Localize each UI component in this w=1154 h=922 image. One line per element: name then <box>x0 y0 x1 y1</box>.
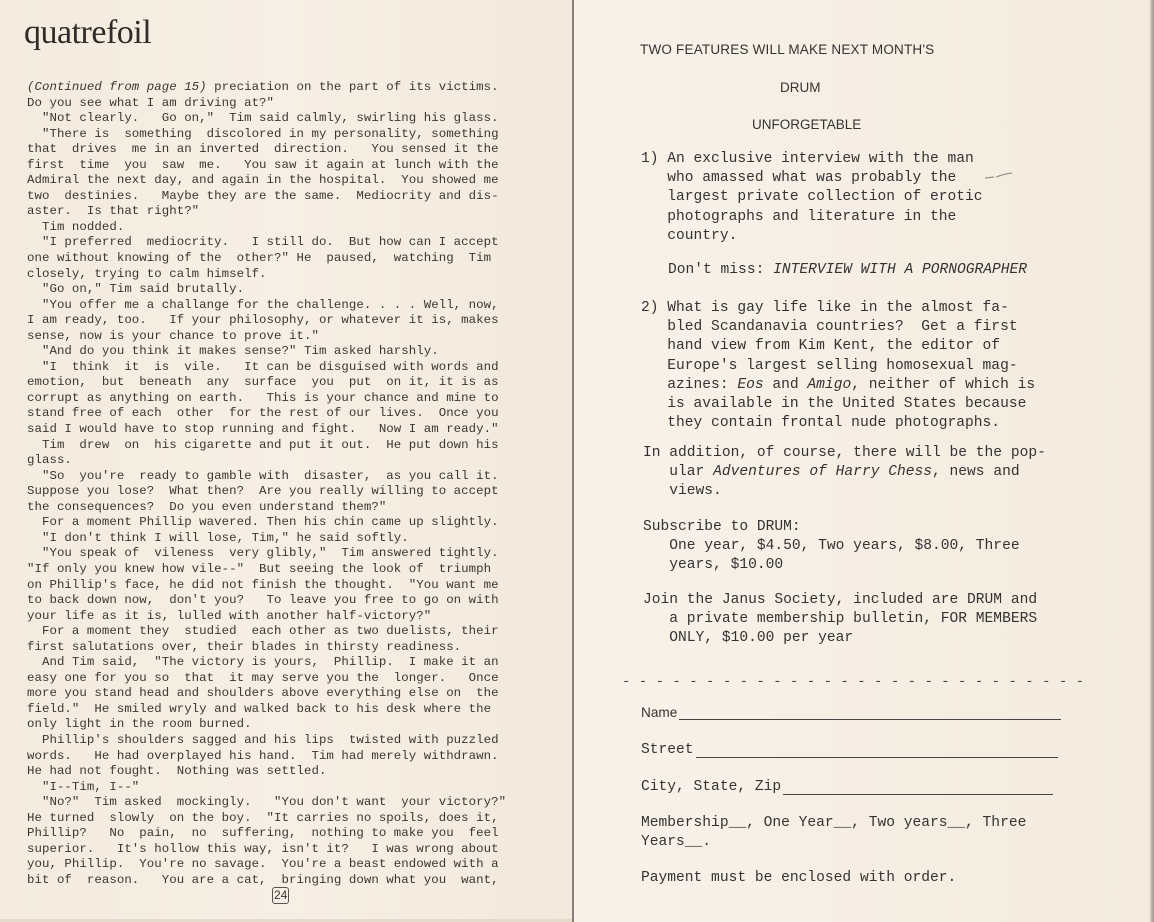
story-line: easy one for you so that it may serve yo… <box>27 671 521 687</box>
ad-magazine-title: DRUM <box>780 80 821 95</box>
story-line: only light in the room burned. <box>27 717 521 733</box>
feature-2-line: 2) What is gay life like in the almost f… <box>641 299 1035 318</box>
join-line: a private membership bulletin, FOR MEMBE… <box>643 610 1037 629</box>
feature-2-line: is available in the United States becaus… <box>641 395 1035 414</box>
story-line: two destinies. Maybe they are the same. … <box>27 189 521 205</box>
story-line: "There is something discolored in my per… <box>27 127 521 143</box>
magazine-eos: Eos <box>737 377 763 393</box>
story-line: For a moment they studied each other as … <box>27 624 521 640</box>
join-line: ONLY, $10.00 per year <box>643 629 1037 648</box>
membership-options-line-2[interactable]: Years__. <box>641 833 1026 852</box>
story-line: He turned slowly on the boy. "It carries… <box>27 811 521 827</box>
story-line: Admiral the next day, and again in the h… <box>27 173 521 189</box>
story-line: glass. <box>27 453 521 469</box>
name-label: Name <box>641 705 677 720</box>
story-line: He had not fought. Nothing was settled. <box>27 764 521 780</box>
story-line: said I would have to stop running and fi… <box>27 422 521 438</box>
feature-2-line: hand view from Kim Kent, the editor of <box>641 337 1035 356</box>
subscribe-paragraph: Subscribe to DRUM: One year, $4.50, Two … <box>643 518 1020 576</box>
magazine-spread: quatrefoil (Continued from page 15) prec… <box>0 0 1154 922</box>
membership-options[interactable]: Membership__, One Year__, Two years__, T… <box>641 814 1026 852</box>
feature-2-line: bled Scandanavia countries? Get a first <box>641 318 1035 337</box>
story-line: "And do you think it makes sense?" Tim a… <box>27 344 521 360</box>
join-paragraph: Join the Janus Society, included are DRU… <box>643 591 1037 649</box>
story-line: sense, now is your chance to prove it." <box>27 329 521 345</box>
story-line: on Phillip's face, he did not finish the… <box>27 578 521 594</box>
feature-1-line: country. <box>641 227 983 246</box>
subscribe-heading: Subscribe to DRUM: <box>643 518 1020 537</box>
story-line: Phillip? No pain, no suffering, nothing … <box>27 826 521 842</box>
street-field[interactable]: Street <box>641 742 1058 758</box>
join-line: Join the Janus Society, included are DRU… <box>643 591 1037 610</box>
story-line: to back down now, don't you? To leave yo… <box>27 593 521 609</box>
story-line: first time you saw me. You saw it again … <box>27 158 521 174</box>
city-state-zip-field[interactable]: City, State, Zip <box>641 779 1053 795</box>
story-line: your life as it is, lulled with another … <box>27 609 521 625</box>
story-line: "I don't think I will lose, Tim," he sai… <box>27 531 521 547</box>
story-line: first salutations over, their blades in … <box>27 640 521 656</box>
masthead: quatrefoil <box>24 14 151 52</box>
feature-2: 2) What is gay life like in the almost f… <box>641 299 1035 433</box>
story-line: words. He had overplayed his hand. Tim h… <box>27 749 521 765</box>
story-line: that drives me in an inverted direction.… <box>27 142 521 158</box>
left-page: quatrefoil (Continued from page 15) prec… <box>0 0 572 922</box>
story-line: "Go on," Tim said brutally. <box>27 282 521 298</box>
story-line: one without knowing of the other?" He pa… <box>27 251 521 267</box>
feature-1: 1) An exclusive interview with the man w… <box>641 150 983 246</box>
feature-1-line: largest private collection of erotic <box>641 188 983 207</box>
story-line: Do you see what I am driving at?" <box>27 96 521 112</box>
story-line: field." He smiled wryly and walked back … <box>27 702 521 718</box>
city-state-zip-input-line[interactable] <box>783 780 1053 795</box>
page-number: 24 <box>272 887 289 904</box>
story-line: stand free of each other for the rest of… <box>27 406 521 422</box>
story-line: "If only you knew how vile--" But seeing… <box>27 562 521 578</box>
ad-headline: TWO FEATURES WILL MAKE NEXT MONTH'S <box>640 42 934 57</box>
story-line: Suppose you lose? What then? Are you rea… <box>27 484 521 500</box>
feature-2-line: Europe's largest selling homosexual mag- <box>641 357 1035 376</box>
story-line: "No?" Tim asked mockingly. "You don't wa… <box>27 795 521 811</box>
comic-title: Adventures of Harry Chess <box>713 464 932 480</box>
dont-miss-title: INTERVIEW WITH A PORNOGRAPHER <box>773 262 1027 278</box>
feature-2-magazines-line: azines: Eos and Amigo, neither of which … <box>641 376 1035 395</box>
street-label: Street <box>641 742 694 758</box>
story-line: And Tim said, "The victory is yours, Phi… <box>27 655 521 671</box>
story-line: I am ready, too. If your philosophy, or … <box>27 313 521 329</box>
story-line: "So you're ready to gamble with disaster… <box>27 469 521 485</box>
story-line: more you stand head and shoulders above … <box>27 686 521 702</box>
story-line: corrupt as anything on earth. This is yo… <box>27 391 521 407</box>
membership-options-line-1[interactable]: Membership__, One Year__, Two years__, T… <box>641 814 1026 833</box>
ink-scribble-icon <box>984 172 1014 180</box>
subscription-prices: One year, $4.50, Two years, $8.00, Three <box>643 537 1020 556</box>
story-line: Tim nodded. <box>27 220 521 236</box>
feature-2-line: they contain frontal nude photographs. <box>641 414 1035 433</box>
story-line: For a moment Phillip wavered. Then his c… <box>27 515 521 531</box>
dont-miss-line: Don't miss: INTERVIEW WITH A PORNOGRAPHE… <box>668 261 1027 280</box>
story-line: you, Phillip. You're no savage. You're a… <box>27 857 521 873</box>
continued-from-label: (Continued from page 15) <box>27 80 207 94</box>
payment-note: Payment must be enclosed with order. <box>641 870 956 886</box>
ad-subtitle: UNFORGETABLE <box>752 117 861 132</box>
name-input-line[interactable] <box>679 705 1061 720</box>
story-line: emotion, but beneath any surface you put… <box>27 375 521 391</box>
story-line: the consequences? Do you even understand… <box>27 500 521 516</box>
feature-1-line: photographs and literature in the <box>641 208 983 227</box>
story-line: "I think it is vile. It can be disguised… <box>27 360 521 376</box>
name-field[interactable]: Name <box>641 705 1061 720</box>
city-state-zip-label: City, State, Zip <box>641 779 781 795</box>
story-line: "You offer me a challange for the challe… <box>27 298 521 314</box>
story-text: (Continued from page 15) preciation on t… <box>27 80 521 888</box>
feature-1-line: who amassed what was probably the <box>641 169 983 188</box>
story-line: Phillip's shoulders sagged and his lips … <box>27 733 521 749</box>
page-edge <box>1150 0 1154 922</box>
story-line: aster. Is that right?" <box>27 204 521 220</box>
story-line: superior. It's hollow this way, isn't it… <box>27 842 521 858</box>
magazine-amigo: Amigo <box>807 377 851 393</box>
story-line: Tim drew on his cigarette and put it out… <box>27 438 521 454</box>
feature-1-line: 1) An exclusive interview with the man <box>641 150 983 169</box>
story-line: "Not clearly. Go on," Tim said calmly, s… <box>27 111 521 127</box>
story-line: closely, trying to calm himself. <box>27 267 521 283</box>
cut-here-dashed-line: - - - - - - - - - - - - - - - - - - - - … <box>622 674 1094 690</box>
street-input-line[interactable] <box>696 743 1058 758</box>
dont-miss-label: Don't miss: <box>668 262 773 278</box>
story-line: "I--Tim, I--" <box>27 780 521 796</box>
addition-paragraph: In addition, of course, there will be th… <box>643 444 1046 502</box>
story-line: "I preferred mediocrity. I still do. But… <box>27 235 521 251</box>
story-line: (Continued from page 15) preciation on t… <box>27 80 521 96</box>
story-line: "You speak of vileness very glibly," Tim… <box>27 546 521 562</box>
